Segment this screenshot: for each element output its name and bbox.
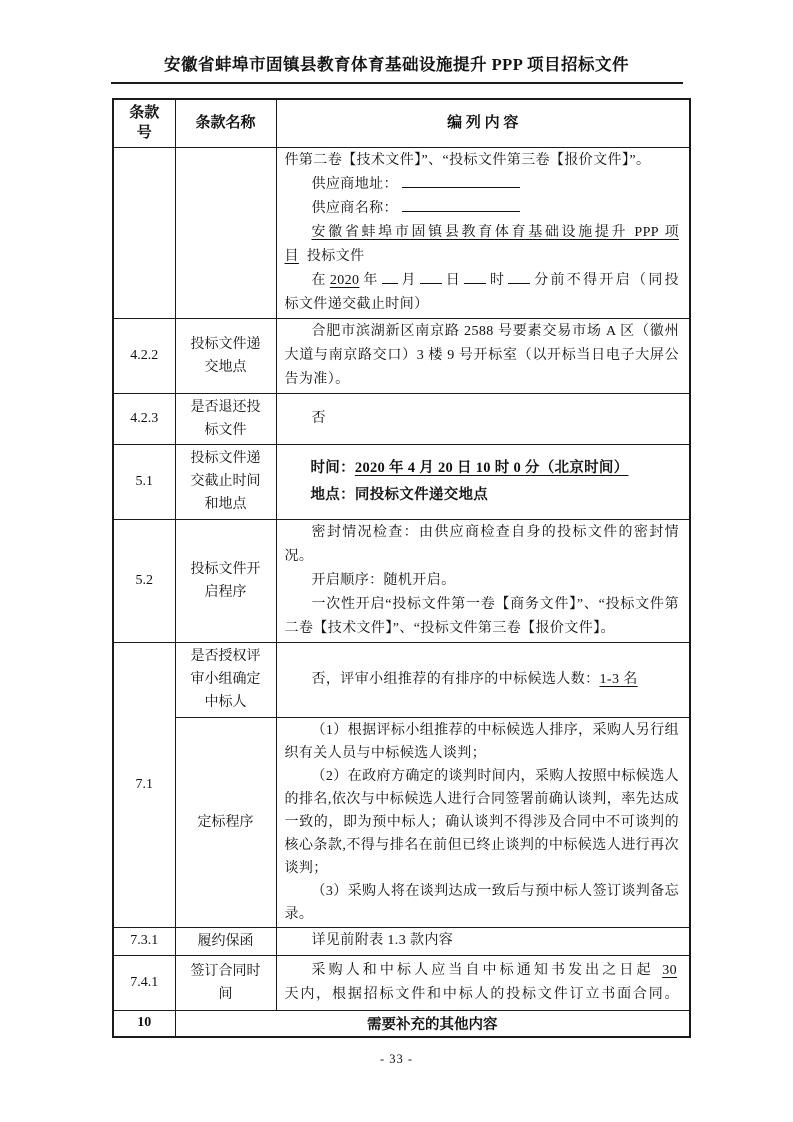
supplement-content-cell: 需要补充的其他内容 bbox=[175, 1010, 690, 1037]
contract-signing-line-2: 天内，根据招标文件和中标人的投标文件订立书面合同。 bbox=[285, 983, 680, 1007]
performance-bond-text: 详见前附表 1.3 款内容 bbox=[285, 929, 680, 953]
clause-no: 4.2.3 bbox=[113, 393, 175, 444]
project-name-line-2: 目投标文件 bbox=[285, 245, 680, 269]
clause-name: 定标程序 bbox=[175, 717, 276, 927]
clause-no: 4.2.2 bbox=[113, 318, 175, 393]
deadline-block: 时间：2020 年 4 月 20 日 10 时 0 分（北京时间） 地点：同投标… bbox=[285, 455, 680, 509]
clause-name: 投标文件递交地点 bbox=[175, 318, 276, 393]
col-header-clause-no: 条款号 bbox=[113, 99, 175, 147]
clause-no: 10 bbox=[113, 1010, 175, 1037]
minute-blank-line bbox=[508, 270, 530, 284]
day-blank-line bbox=[420, 270, 442, 284]
table-row-7-4-1: 7.4.1 签订合同时间 采购人和中标人应当自中标通知书发出之日起 30 天内，… bbox=[113, 955, 690, 1010]
seal-check-paragraph: 密封情况检查：由供应商检查自身的投标文件的密封情况。 bbox=[285, 521, 680, 569]
procedure-step-3: （3）采购人将在谈判达成一致后与预中标人签订谈判备忘录。 bbox=[285, 880, 680, 926]
procedure-step-2: （2）在政府方确定的谈判时间内，采购人按照中标候选人的排名,依次与中标候选人进行… bbox=[285, 765, 680, 880]
title-underline bbox=[111, 82, 683, 84]
open-unit-hour: 时 bbox=[488, 273, 506, 288]
deadline-time-line: 时间：2020 年 4 月 20 日 10 时 0 分（北京时间） bbox=[311, 455, 680, 482]
content-cell-continuation: 件第二卷【技术文件】”、“投标文件第三卷【报价文件】”。 供应商地址： 供应商名… bbox=[276, 147, 690, 318]
table-row-4-2-2: 4.2.2 投标文件递交地点 合肥市滨湖新区南京路 2588 号要素交易市场 A… bbox=[113, 318, 690, 393]
content-cell-authorization: 否，评审小组推荐的有排序的中标候选人数：1-3 名 bbox=[276, 642, 690, 717]
clause-name: 是否授权评审小组确定中标人 bbox=[175, 642, 276, 717]
table-row-7-1-procedure: 定标程序 （1）根据评标小组推荐的中标候选人排序，采购人另行组织有关人员与中标候… bbox=[113, 717, 690, 927]
table-header-row: 条款号 条款名称 编 列 内 容 bbox=[113, 99, 690, 147]
table-row-continuation: 件第二卷【技术文件】”、“投标文件第三卷【报价文件】”。 供应商地址： 供应商名… bbox=[113, 147, 690, 318]
open-unit-year: 年 bbox=[361, 273, 379, 288]
table-row-7-3-1: 7.3.1 履约保函 详见前附表 1.3 款内容 bbox=[113, 927, 690, 955]
content-cell-performance-bond: 详见前附表 1.3 款内容 bbox=[276, 927, 690, 955]
supplier-name-line: 供应商名称： bbox=[285, 197, 680, 221]
clause-name: 投标文件递交截止时间和地点 bbox=[175, 444, 276, 519]
clause-no-merged: 7.1 bbox=[113, 642, 175, 927]
supplier-address-blank-line bbox=[402, 174, 520, 188]
procedure-step-1: （1）根据评标小组推荐的中标候选人排序，采购人另行组织有关人员与中标候选人谈判； bbox=[285, 719, 680, 765]
opening-order-paragraph: 开启顺序：随机开启。 bbox=[285, 569, 680, 593]
continuation-text-line: 件第二卷【技术文件】”、“投标文件第三卷【报价文件】”。 bbox=[285, 149, 680, 173]
supplier-name-label: 供应商名称： bbox=[312, 201, 398, 216]
content-cell-return-bid: 否 bbox=[276, 393, 690, 444]
time-label: 时间： bbox=[311, 460, 355, 476]
clause-name-cell-empty bbox=[175, 147, 276, 318]
open-tail-1: 分前不得开启（同投 bbox=[532, 273, 679, 288]
clause-no-cell-empty bbox=[113, 147, 175, 318]
clauses-table: 条款号 条款名称 编 列 内 容 件第二卷【技术文件】”、“投标文件第三卷【报价… bbox=[112, 98, 691, 1038]
project-name-underlined-tail: 目 bbox=[285, 249, 299, 264]
clause-name: 是否退还投标文件 bbox=[175, 393, 276, 444]
col-header-content: 编 列 内 容 bbox=[276, 99, 690, 147]
document-page: 安徽省蚌埠市固镇县教育体育基础设施提升 PPP 项目招标文件 条款号 条款名称 … bbox=[0, 0, 793, 1122]
page-number: - 33 - bbox=[0, 1052, 793, 1067]
table-row-7-1-authorization: 7.1 是否授权评审小组确定中标人 否，评审小组推荐的有排序的中标候选人数：1-… bbox=[113, 642, 690, 717]
project-name-line-1: 安徽省蚌埠市固镇县教育体育基础设施提升 PPP 项 bbox=[285, 221, 680, 245]
one-time-opening-paragraph: 一次性开启“投标文件第一卷【商务文件】”、“投标文件第二卷【技术文件】”、“投标… bbox=[285, 593, 680, 641]
clause-no: 5.2 bbox=[113, 519, 175, 642]
return-bid-answer: 否 bbox=[285, 407, 680, 431]
clause-name: 投标文件开启程序 bbox=[175, 519, 276, 642]
content-cell-deadline: 时间：2020 年 4 月 20 日 10 时 0 分（北京时间） 地点：同投标… bbox=[276, 444, 690, 519]
content-cell-contract-signing: 采购人和中标人应当自中标通知书发出之日起 30 天内，根据招标文件和中标人的投标… bbox=[276, 955, 690, 1010]
time-value-underlined: 2020 年 4 月 20 日 10 时 0 分（北京时间） bbox=[355, 460, 629, 476]
open-prefix: 在 bbox=[312, 273, 328, 288]
table-row-5-1: 5.1 投标文件递交截止时间和地点 时间：2020 年 4 月 20 日 10 … bbox=[113, 444, 690, 519]
content-cell-opening-procedure: 密封情况检查：由供应商检查自身的投标文件的密封情况。 开启顺序：随机开启。 一次… bbox=[276, 519, 690, 642]
table-row-10: 10 需要补充的其他内容 bbox=[113, 1010, 690, 1037]
authorization-answer: 否，评审小组推荐的有排序的中标候选人数： bbox=[312, 672, 600, 687]
open-unit-day: 日 bbox=[444, 273, 462, 288]
contract-signing-line-1: 采购人和中标人应当自中标通知书发出之日起 30 bbox=[285, 959, 680, 983]
content-cell-award-procedure: （1）根据评标小组推荐的中标候选人排序，采购人另行组织有关人员与中标候选人谈判；… bbox=[276, 717, 690, 927]
table-row-4-2-3: 4.2.3 是否退还投标文件 否 bbox=[113, 393, 690, 444]
clause-name: 履约保函 bbox=[175, 927, 276, 955]
document-title: 安徽省蚌埠市固镇县教育体育基础设施提升 PPP 项目招标文件 bbox=[0, 0, 793, 75]
open-year-value: 2020 bbox=[330, 273, 360, 288]
clause-no: 7.4.1 bbox=[113, 955, 175, 1010]
deadline-place-line: 地点：同投标文件递交地点 bbox=[311, 482, 680, 509]
project-name-underlined: 安徽省蚌埠市固镇县教育体育基础设施提升 PPP 项 bbox=[312, 225, 680, 240]
contract-days-underlined: 30 bbox=[662, 963, 677, 978]
authorization-answer-line: 否，评审小组推荐的有排序的中标候选人数：1-3 名 bbox=[285, 668, 680, 692]
open-tail-2: 标文件递交截止时间） bbox=[285, 293, 680, 317]
supplier-address-label: 供应商地址： bbox=[312, 177, 398, 192]
contract-signing-prefix: 采购人和中标人应当自中标通知书发出之日起 bbox=[312, 963, 654, 978]
month-blank-line bbox=[382, 270, 398, 284]
clause-no: 5.1 bbox=[113, 444, 175, 519]
open-unit-month: 月 bbox=[400, 273, 418, 288]
table-row-5-2: 5.2 投标文件开启程序 密封情况检查：由供应商检查自身的投标文件的密封情况。 … bbox=[113, 519, 690, 642]
col-header-clause-name: 条款名称 bbox=[175, 99, 276, 147]
content-cell-delivery-place: 合肥市滨湖新区南京路 2588 号要素交易市场 A 区（徽州大道与南京路交口）3… bbox=[276, 318, 690, 393]
project-suffix: 投标文件 bbox=[307, 249, 365, 264]
supplier-address-line: 供应商地址： bbox=[285, 173, 680, 197]
hour-blank-line bbox=[464, 270, 486, 284]
supplier-name-blank-line bbox=[402, 198, 520, 212]
candidate-count-underlined: 1-3 名 bbox=[600, 672, 638, 687]
clause-no: 7.3.1 bbox=[113, 927, 175, 955]
no-open-before-line: 在2020年月日时分前不得开启（同投 bbox=[285, 269, 680, 293]
clause-name: 签订合同时间 bbox=[175, 955, 276, 1010]
delivery-place-text: 合肥市滨湖新区南京路 2588 号要素交易市场 A 区（徽州大道与南京路交口）3… bbox=[285, 320, 680, 392]
